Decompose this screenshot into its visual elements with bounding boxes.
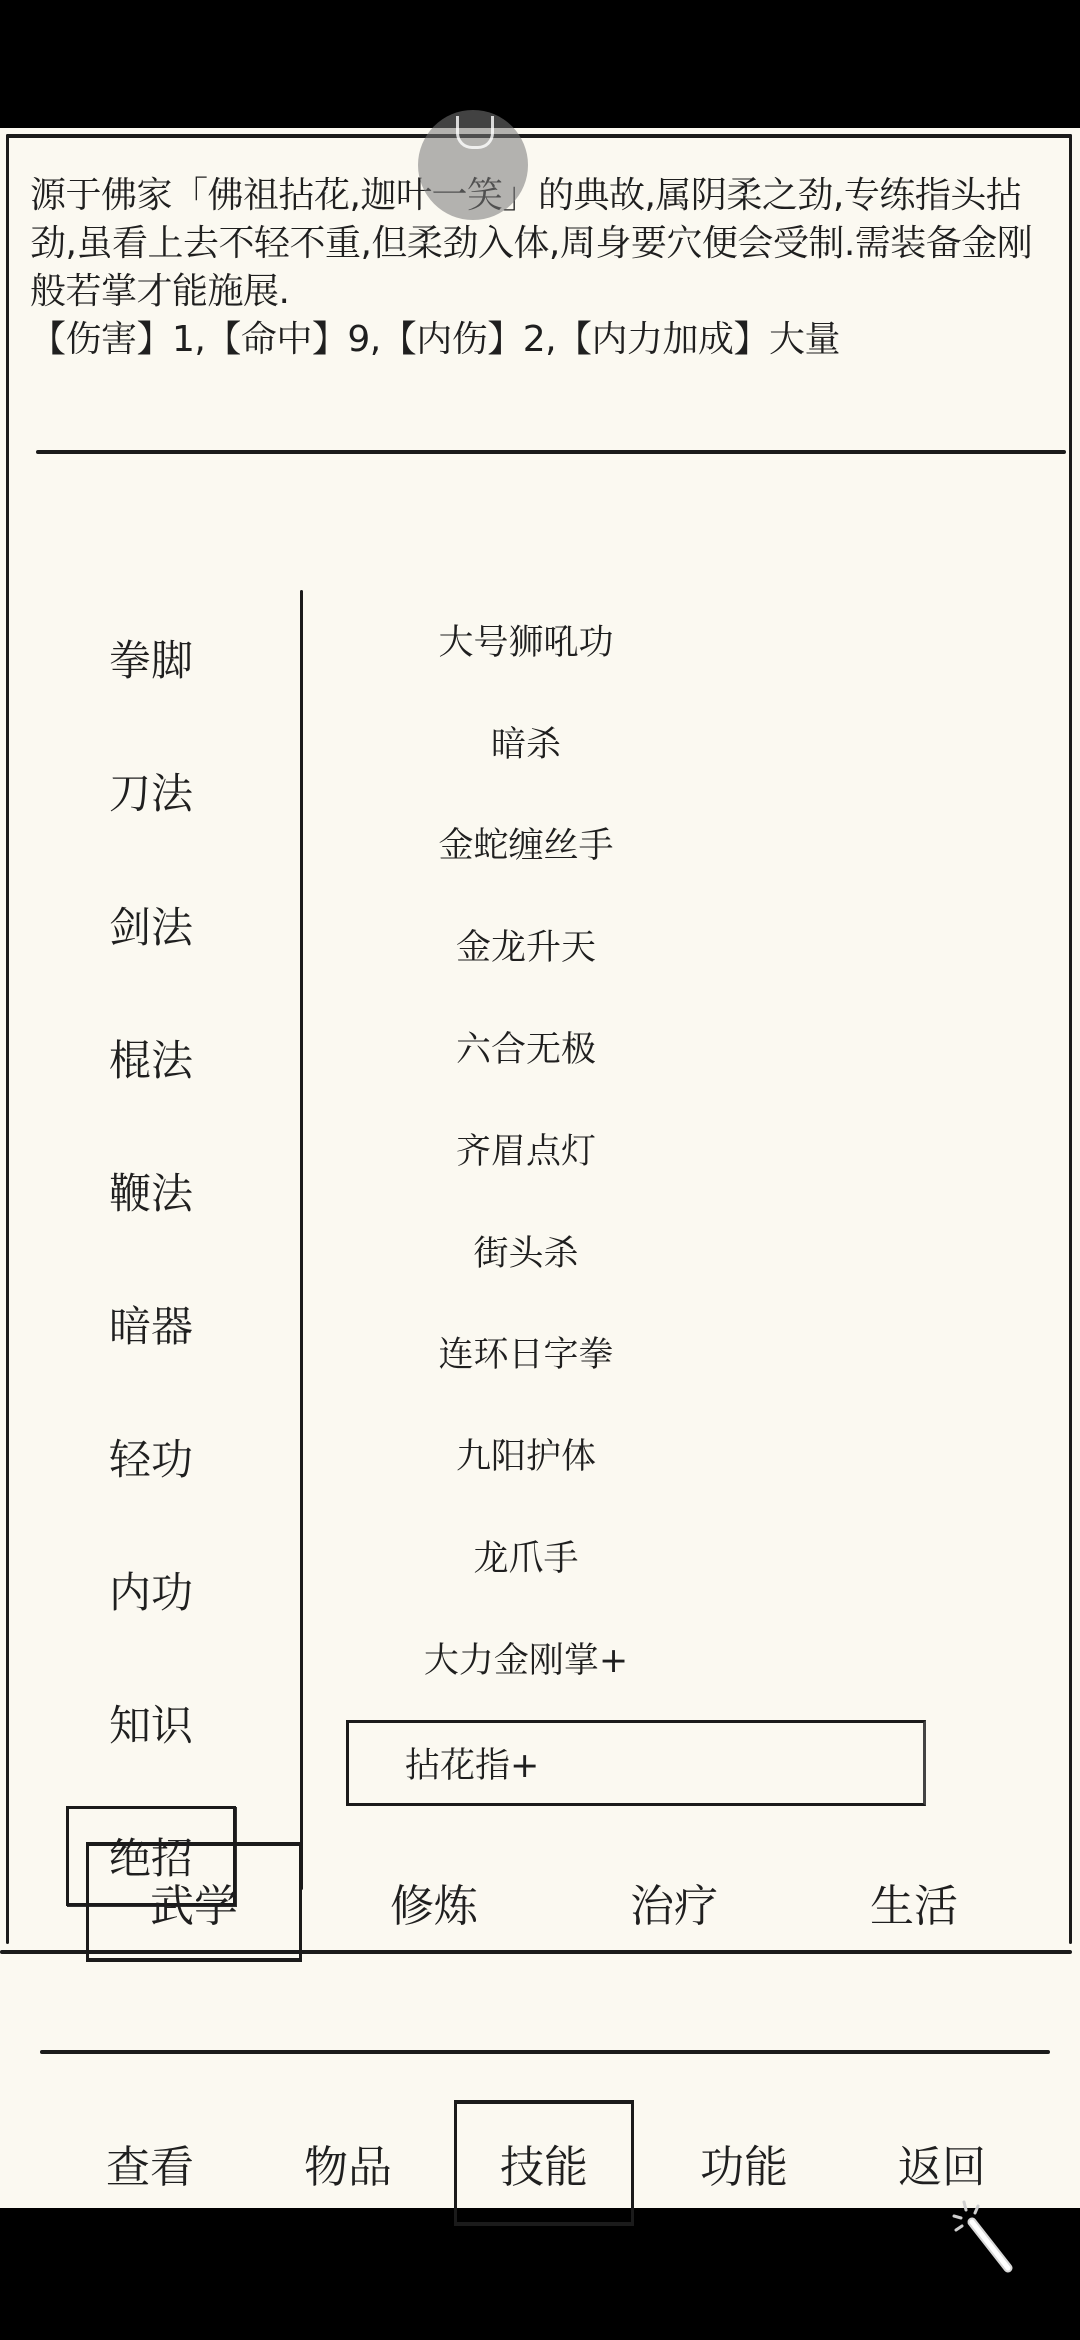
category-item-jianfa[interactable]: 剑法 — [66, 875, 236, 975]
skill-item[interactable]: 大力金刚掌+ — [356, 1623, 696, 1693]
skill-item[interactable]: 金蛇缠丝手 — [356, 808, 696, 878]
skill-item[interactable]: 龙爪手 — [356, 1521, 696, 1591]
tab-label: 治疗 — [630, 1870, 718, 1934]
skill-label: 金龙升天 — [456, 920, 596, 970]
skill-label: 金蛇缠丝手 — [438, 818, 613, 868]
skill-list: 大号狮吼功 暗杀 金蛇缠丝手 金龙升天 六合无极 齐眉点灯 街头杀 连环日字拳 … — [316, 450, 1056, 1950]
skill-stats: 【伤害】1,【命中】9,【内伤】2,【内力加成】大量 — [30, 316, 1050, 364]
category-label: 棍法 — [109, 1028, 193, 1088]
nav-label: 功能 — [700, 2131, 788, 2195]
nav-label: 查看 — [106, 2131, 194, 2195]
category-label: 轻功 — [109, 1427, 193, 1487]
skill-description-text: 源于佛家「佛祖拈花,迦叶一笑」的典故,属阴柔之劲,专练指头拈劲,虽看上去不轻不重… — [30, 175, 1032, 312]
skill-label: 街头杀 — [473, 1226, 578, 1276]
skill-label: 连环日字拳 — [438, 1327, 613, 1377]
category-item-bianfa[interactable]: 鞭法 — [66, 1141, 236, 1241]
category-item-gunfa[interactable]: 棍法 — [66, 1008, 236, 1108]
skill-item[interactable]: 大号狮吼功 — [356, 605, 696, 675]
skill-item[interactable]: 齐眉点灯 — [356, 1114, 696, 1184]
category-item-neigong[interactable]: 内功 — [66, 1540, 236, 1640]
category-list: 拳脚 刀法 剑法 棍法 鞭法 暗器 轻功 内功 知识 绝招 — [6, 450, 302, 1950]
skill-browser: 拳脚 刀法 剑法 棍法 鞭法 暗器 轻功 内功 知识 绝招 大号狮吼功 暗杀 金… — [6, 450, 1072, 1950]
skill-label: 龙爪手 — [473, 1531, 578, 1581]
nav-skills[interactable]: 技能 — [454, 2100, 634, 2226]
section-tabs: 武学 修炼 治疗 生活 — [0, 1842, 1080, 1972]
skill-item[interactable]: 连环日字拳 — [356, 1317, 696, 1387]
tab-shenghuo[interactable]: 生活 — [806, 1842, 1022, 1962]
skill-item-selected[interactable]: 拈花指+ — [346, 1720, 926, 1806]
category-item-anqi[interactable]: 暗器 — [66, 1274, 236, 1374]
tab-xiulian[interactable]: 修炼 — [326, 1842, 542, 1962]
skill-item[interactable]: 暗杀 — [356, 707, 696, 777]
tab-zhiliao[interactable]: 治疗 — [566, 1842, 782, 1962]
skill-label: 暗杀 — [491, 717, 561, 767]
magic-wand-icon[interactable] — [950, 2196, 1020, 2276]
skill-label: 六合无极 — [456, 1022, 596, 1072]
category-label: 内功 — [109, 1560, 193, 1620]
category-label: 剑法 — [109, 895, 193, 955]
category-label: 拳脚 — [109, 628, 193, 688]
panel-top-border — [6, 134, 1072, 138]
category-label: 刀法 — [109, 761, 193, 821]
tab-label: 武学 — [150, 1870, 238, 1934]
nav-view[interactable]: 查看 — [60, 2100, 240, 2226]
bottom-nav: 查看 物品 技能 功能 返回 — [0, 2100, 1080, 2230]
skill-item[interactable]: 金龙升天 — [356, 910, 696, 980]
category-item-daofa[interactable]: 刀法 — [66, 741, 236, 841]
skill-label: 大号狮吼功 — [438, 615, 613, 665]
category-item-qinggong[interactable]: 轻功 — [66, 1407, 236, 1507]
skill-item[interactable]: 九阳护体 — [356, 1419, 696, 1489]
category-item-quanjiao[interactable]: 拳脚 — [66, 608, 236, 708]
nav-functions[interactable]: 功能 — [654, 2100, 834, 2226]
skill-description-panel: 源于佛家「佛祖拈花,迦叶一笑」的典故,属阴柔之劲,专练指头拈劲,虽看上去不轻不重… — [6, 134, 1072, 454]
nav-label: 技能 — [500, 2131, 588, 2195]
skill-label: 齐眉点灯 — [456, 1124, 596, 1174]
skill-label: 大力金刚掌+ — [424, 1633, 628, 1683]
tab-label: 修炼 — [390, 1870, 478, 1934]
skill-label: 九阳护体 — [456, 1429, 596, 1479]
category-item-zhishi[interactable]: 知识 — [66, 1673, 236, 1773]
nav-label: 物品 — [304, 2131, 392, 2195]
floating-assist-icon[interactable] — [418, 110, 528, 220]
tab-wuxue[interactable]: 武学 — [86, 1842, 302, 1962]
category-label: 鞭法 — [109, 1161, 193, 1221]
category-label: 知识 — [109, 1693, 193, 1753]
game-screen: 源于佛家「佛祖拈花,迦叶一笑」的典故,属阴柔之劲,专练指头拈劲,虽看上去不轻不重… — [0, 128, 1080, 2208]
skill-item[interactable]: 六合无极 — [356, 1012, 696, 1082]
nav-items[interactable]: 物品 — [258, 2100, 438, 2226]
nav-label: 返回 — [898, 2131, 986, 2195]
skill-description: 源于佛家「佛祖拈花,迦叶一笑」的典故,属阴柔之劲,专练指头拈劲,虽看上去不轻不重… — [30, 172, 1050, 364]
skill-item[interactable]: 街头杀 — [356, 1216, 696, 1286]
category-label: 暗器 — [109, 1294, 193, 1354]
tab-label: 生活 — [870, 1870, 958, 1934]
skill-label: 拈花指+ — [405, 1738, 539, 1788]
nav-divider — [40, 2050, 1050, 2054]
